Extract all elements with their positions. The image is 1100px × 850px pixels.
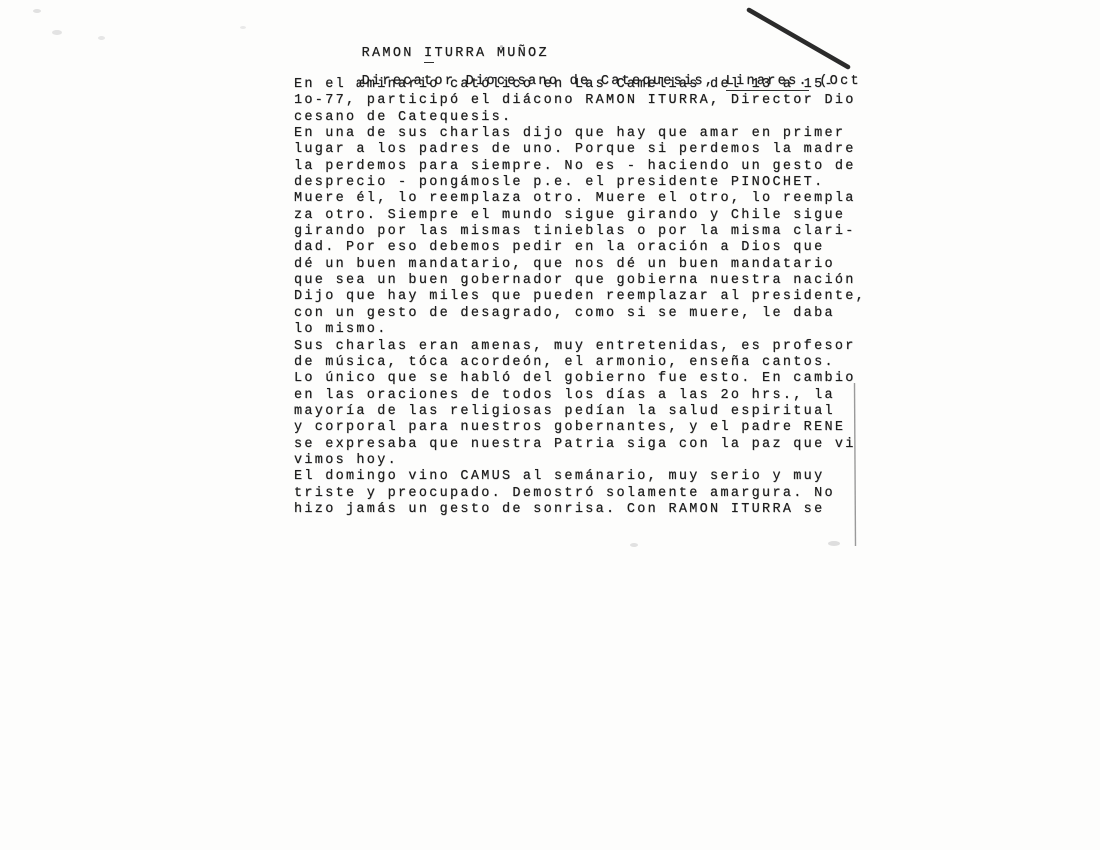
scan-speck bbox=[500, 45, 503, 48]
text-line: Sus charlas eran amenas, muy entretenida… bbox=[294, 339, 866, 355]
text-line: con un gesto de desagrado, como si se mu… bbox=[294, 306, 866, 322]
text-line: lugar a los padres de uno. Porque si per… bbox=[294, 142, 866, 158]
text-line: de música, tóca acordeón, el armonio, en… bbox=[294, 355, 866, 371]
text-line: Muere él, lo reemplaza otro. Muere el ot… bbox=[294, 191, 866, 207]
text-line: triste y preocupado. Demostró solamente … bbox=[294, 486, 866, 502]
text-line: la perdemos para siempre. No es - hacien… bbox=[294, 159, 866, 175]
text-line: Lo único que se habló del gobierno fue e… bbox=[294, 371, 866, 387]
scan-speck bbox=[98, 36, 105, 40]
text-line: za otro. Siempre el mundo sigue girando … bbox=[294, 208, 866, 224]
document-body: En el æminario católico en Las Camelias … bbox=[294, 77, 866, 518]
text-line: se expresaba que nuestra Patria siga con… bbox=[294, 437, 866, 453]
scan-speck bbox=[52, 30, 62, 35]
text-line: desprecio - pongámosle p.e. el president… bbox=[294, 175, 866, 191]
text-line: vimos hoy. bbox=[294, 453, 866, 469]
text-line: girando por las mismas tinieblas o por l… bbox=[294, 224, 866, 240]
text-line: dé un buen mandatario, que nos dé un bue… bbox=[294, 257, 866, 273]
text-line: hizo jamás un gesto de sonrisa. Con RAMO… bbox=[294, 502, 866, 518]
text-line: cesano de Catequesis. bbox=[294, 110, 866, 126]
text-line: En una de sus charlas dijo que hay que a… bbox=[294, 126, 866, 142]
scan-speck bbox=[828, 541, 840, 546]
text-line: en las oraciones de todos los días a las… bbox=[294, 388, 866, 404]
scan-speck bbox=[33, 9, 41, 13]
scan-speck bbox=[240, 26, 246, 29]
scanned-document-page: RAMON ITURRA MUÑOZ Direcator Diocesano d… bbox=[0, 0, 1100, 850]
text-line: dad. Por eso debemos pedir en la oración… bbox=[294, 240, 866, 256]
scan-right-cut bbox=[861, 0, 1100, 850]
text-line: y corporal para nuestros gobernantes, y … bbox=[294, 420, 866, 436]
text-line: que sea un buen gobernador que gobierna … bbox=[294, 273, 866, 289]
text-line: Dijo que hay miles que pueden reemplazar… bbox=[294, 289, 866, 305]
text-line: En el æminario católico en Las Camelias … bbox=[294, 77, 866, 93]
text-line: El domingo vino CAMUS al semánario, muy … bbox=[294, 469, 866, 485]
text-line: lo mismo. bbox=[294, 322, 866, 338]
text-line: mayoría de las religiosas pedían la salu… bbox=[294, 404, 866, 420]
scan-speck bbox=[630, 543, 638, 547]
text-line: 1o-77, participó el diácono RAMON ITURRA… bbox=[294, 93, 866, 109]
